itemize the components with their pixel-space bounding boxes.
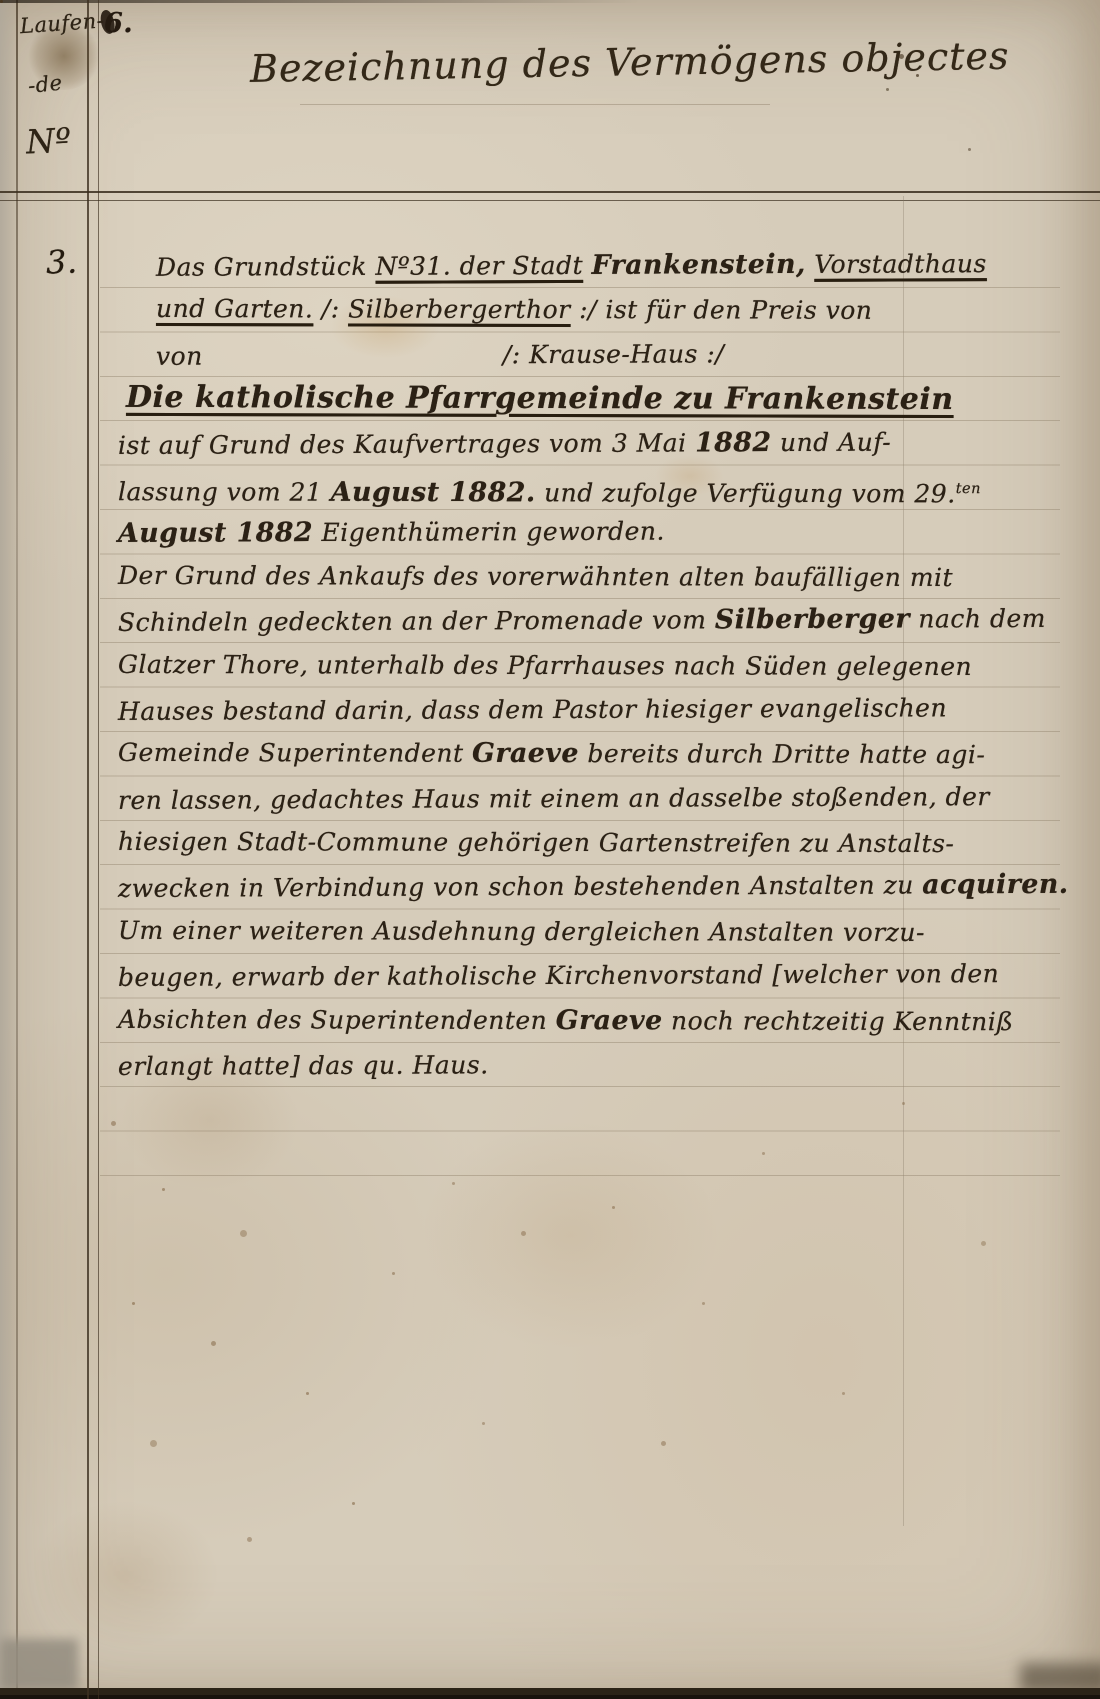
manuscript-text-segment: ten	[956, 481, 981, 497]
manuscript-line: Absichten des Superintendenten Graeve no…	[118, 997, 998, 1044]
stain	[30, 1500, 220, 1650]
manuscript-text-segment: und Garten.	[156, 294, 313, 323]
manuscript-text-segment: Graeve	[472, 738, 579, 769]
ledger-page: 6. Laufen- -de Nº 3. Bezeichnung des Ver…	[0, 0, 1100, 1699]
manuscript-text-segment: Um einer weiteren Ausdehnung dergleichen…	[118, 916, 925, 947]
header-separator-double-rule	[0, 191, 1100, 201]
manuscript-text-segment	[583, 251, 592, 280]
manuscript-text-segment: von	[156, 341, 203, 370]
manuscript-text-segment: Der Grund des Ankaufs des vorerwähnten a…	[118, 561, 953, 592]
manuscript-text-segment: Das Grundstück	[156, 252, 376, 282]
page-edge-hairline	[16, 0, 18, 1699]
manuscript-text-segment: Graeve	[556, 1005, 663, 1036]
margin-column-double-rule	[87, 0, 99, 1699]
manuscript-line: beugen, erwarb der katholische Kirchenvo…	[118, 952, 998, 1000]
manuscript-text-segment: 1882	[695, 427, 772, 458]
manuscript-text-segment: Eigenthümerin geworden.	[313, 517, 665, 548]
manuscript-text-segment: beugen, erwarb der katholische Kirchenvo…	[118, 959, 999, 992]
folio-number: 6.	[104, 8, 133, 39]
manuscript-line: Der Grund des Ankaufs des vorerwähnten a…	[118, 554, 998, 601]
margin-header-line3: Nº	[25, 122, 87, 158]
manuscript-line: erlangt hatte] das qu. Haus.	[118, 1041, 998, 1089]
header-faint-underline	[300, 104, 770, 105]
manuscript-line: Das Grundstück Nº31. der Stadt Frankenst…	[118, 242, 998, 290]
manuscript-text-segment: Silberberger	[715, 604, 910, 636]
manuscript-text-segment: Gemeinde Superintendent	[118, 738, 472, 768]
margin-header-line1: Laufen-	[19, 12, 86, 38]
manuscript-line: von/: Krause-Haus :/	[118, 331, 998, 379]
manuscript-line: Gemeinde Superintendent Graeve bereits d…	[118, 731, 998, 778]
manuscript-text-segment: Schindeln gedeckten an der Promenade vom	[118, 605, 715, 637]
manuscript-line: und Garten. /: Silberbergerthor :/ ist f…	[118, 287, 998, 334]
manuscript-text-segment: und zufolge Verfügung vom 29.	[536, 478, 956, 508]
manuscript-text-segment: acquiren.	[922, 869, 1068, 901]
page-edge-bottom-line	[0, 1695, 1100, 1699]
manuscript-text-segment: Vorstadthaus	[814, 249, 987, 279]
manuscript-line: ist auf Grund des Kaufvertrages vom 3 Ma…	[118, 420, 998, 468]
manuscript-text-segment: Silberbergerthor	[348, 295, 571, 325]
manuscript-text-segment: Nº31. der Stadt	[375, 251, 583, 281]
margin-header-line2: -de	[27, 70, 87, 97]
manuscript-text-segment: /:	[313, 295, 348, 324]
manuscript-text-segment: noch rechtzeitig Kenntniß	[663, 1006, 1014, 1036]
manuscript-line: Glatzer Thore, unterhalb des Pfarrhauses…	[118, 642, 998, 689]
manuscript-text-segment: Absichten des Superintendenten	[118, 1004, 556, 1034]
manuscript-line: Schindeln gedeckten an der Promenade vom…	[118, 597, 998, 645]
manuscript-text-segment: hiesigen Stadt-Commune gehörigen Gartens…	[118, 827, 954, 858]
manuscript-text-segment: ren lassen, gedachtes Haus mit einem an …	[118, 782, 990, 815]
page-title: Bezeichnung des Vermögens objectes	[250, 37, 811, 91]
manuscript-text-segment: /: Krause-Haus :/	[503, 339, 725, 369]
manuscript-text-segment: und Auf-	[771, 427, 891, 457]
manuscript-text-segment: August 1882.	[331, 477, 536, 509]
margin-column-header: Laufen- -de Nº	[20, 14, 86, 157]
manuscript-line: Die katholische Pfarrgemeinde zu Franken…	[118, 376, 998, 423]
manuscript-entry: Das Grundstück Nº31. der Stadt Frankenst…	[118, 244, 998, 1087]
manuscript-text-segment: August 1882	[118, 517, 313, 549]
manuscript-text-segment: Glatzer Thore, unterhalb des Pfarrhauses…	[118, 649, 972, 680]
entry-number: 3.	[45, 242, 78, 281]
manuscript-text-segment: ist auf Grund des Kaufvertrages vom 3 Ma…	[118, 428, 695, 460]
manuscript-line: hiesigen Stadt-Commune gehörigen Gartens…	[118, 820, 998, 867]
manuscript-text-segment: Frankenstein,	[591, 249, 805, 281]
manuscript-text-segment: bereits durch Dritte hatte agi-	[579, 739, 986, 769]
manuscript-line: lassung vom 21 August 1882. und zufolge …	[118, 465, 998, 512]
manuscript-line: August 1882 Eigenthümerin geworden.	[118, 508, 998, 556]
manuscript-line: ren lassen, gedachtes Haus mit einem an …	[118, 775, 998, 823]
manuscript-line: Um einer weiteren Ausdehnung dergleichen…	[118, 909, 998, 956]
book-corner-bottom-left	[0, 1639, 78, 1691]
ink-specks	[0, 0, 3, 3]
manuscript-text-segment: Hauses bestand darin, dass dem Pastor hi…	[118, 693, 947, 726]
manuscript-text-segment: zwecken in Verbindung von schon bestehen…	[118, 871, 922, 904]
manuscript-line: zwecken in Verbindung von schon bestehen…	[118, 864, 998, 912]
manuscript-line: Hauses bestand darin, dass dem Pastor hi…	[118, 686, 998, 734]
manuscript-text-segment: lassung vom 21	[118, 477, 331, 507]
manuscript-text-segment: Die katholische Pfarrgemeinde zu Franken…	[126, 380, 954, 417]
manuscript-text-segment: nach dem	[910, 604, 1046, 634]
manuscript-text-segment: :/ ist für den Preis von	[571, 295, 873, 325]
manuscript-text-segment: erlangt hatte] das qu. Haus.	[118, 1050, 489, 1081]
